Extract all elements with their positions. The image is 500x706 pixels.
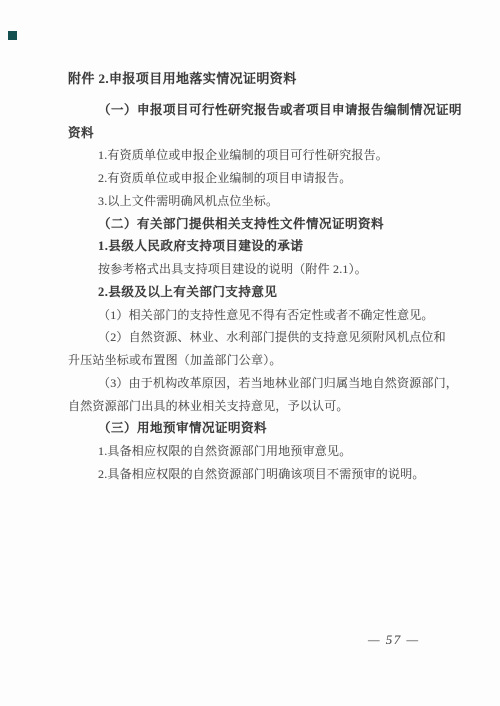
- document-heading-line: （三）用地预审情况证明资料: [68, 417, 440, 440]
- document-heading-line: 附件 2.申报项目用地落实情况证明资料: [68, 68, 440, 91]
- document-heading-line: 资料: [68, 122, 440, 145]
- document-body: 附件 2.申报项目用地落实情况证明资料（一）申报项目可行性研究报告或者项目申请报…: [68, 68, 440, 486]
- document-heading-line: （二）有关部门提供相关支持性文件情况证明资料: [68, 213, 440, 236]
- document-text-line: （1）相关部门的支持性意见不得有否定性或者不确定性意见。: [68, 304, 440, 327]
- document-page: 附件 2.申报项目用地落实情况证明资料（一）申报项目可行性研究报告或者项目申请报…: [0, 0, 500, 706]
- document-text-line: （2）自然资源、林业、水利部门提供的支持意见须附风机点位和: [68, 326, 440, 349]
- document-text-line: 1.具备相应权限的自然资源部门用地预审意见。: [68, 440, 440, 463]
- document-text-line: 1.有资质单位或申报企业编制的项目可行性研究报告。: [68, 144, 440, 167]
- document-heading-line: 2.县级及以上有关部门支持意见: [68, 281, 440, 304]
- document-text-line: 按参考格式出具支持项目建设的说明（附件 2.1）。: [68, 258, 440, 281]
- document-text-line: 2.有资质单位或申报企业编制的项目申请报告。: [68, 167, 440, 190]
- corner-artifact-square: [8, 31, 17, 40]
- document-text-line: 自然资源部门出具的林业相关支持意见，予以认可。: [68, 395, 440, 418]
- document-heading-line: （一）申报项目可行性研究报告或者项目申请报告编制情况证明: [68, 99, 440, 122]
- document-heading-line: 1.县级人民政府支持项目建设的承诺: [68, 235, 440, 258]
- document-text-line: 升压站坐标或布置图（加盖部门公章）。: [68, 349, 440, 372]
- document-text-line: 2.具备相应权限的自然资源部门明确该项目不需预审的说明。: [68, 463, 440, 486]
- page-number: — 57 —: [368, 632, 420, 648]
- document-text-line: 3.以上文件需明确风机点位坐标。: [68, 190, 440, 213]
- document-text-line: （3）由于机构改革原因，若当地林业部门归属当地自然资源部门，: [68, 372, 440, 395]
